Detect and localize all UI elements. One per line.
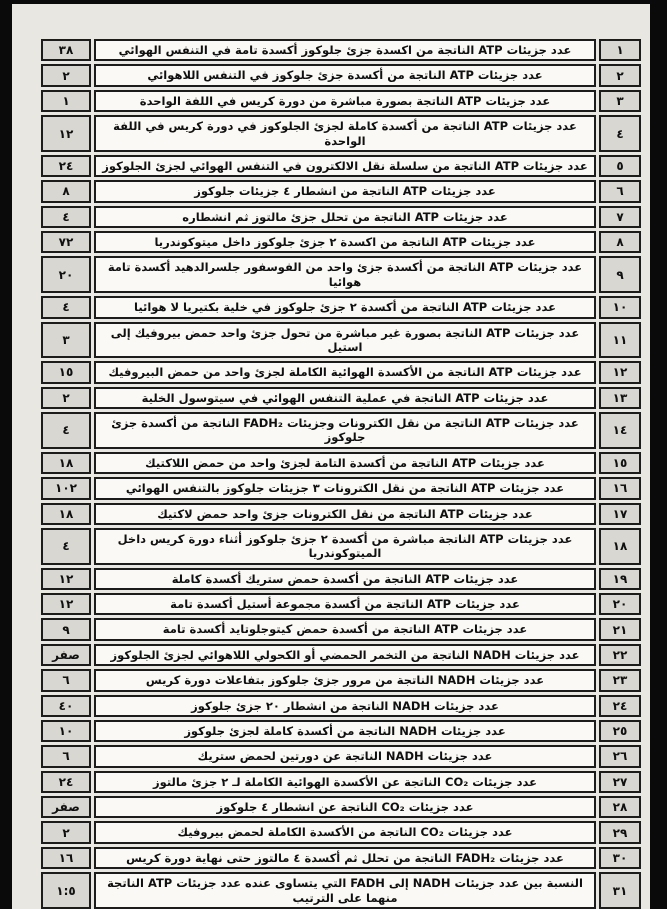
- answer-value: ١٠٢: [41, 477, 91, 499]
- row-number: ٢٠: [599, 593, 641, 615]
- question-text: عدد جزيئات ATP الناتجة من أكسدة التامة ل…: [94, 452, 596, 474]
- answer-value: ٦: [41, 669, 91, 691]
- table-body: ١عدد جزيئات ATP الناتجة من اكسدة جزئ جلو…: [41, 39, 641, 909]
- table-row: ١٠عدد جزيئات ATP الناتجة من أكسدة ٢ جزئ …: [41, 296, 641, 318]
- question-text: عدد جزيئات ATP الناتجة من أكسدة حمض ستري…: [94, 568, 596, 590]
- table-row: ٢عدد جزيئات ATP الناتجة من أكسدة جزئ جلو…: [41, 64, 641, 86]
- photo-dark-edge-top: [0, 0, 667, 4]
- question-text: عدد جزيئات FADH₂ الناتجة من تحلل ثم أكسد…: [94, 847, 596, 869]
- table-row: ٢١عدد جزيئات ATP الناتجة من أكسدة حمض كي…: [41, 618, 641, 640]
- answer-value: ٢٤: [41, 771, 91, 793]
- row-number: ١: [599, 39, 641, 61]
- question-text: عدد جزيئات ATP الناتجة من انشطار ٤ جزيئا…: [94, 180, 596, 202]
- question-text: عدد جزيئات ATP الناتجة من نقل الكترونات …: [94, 503, 596, 525]
- answer-value: صفر: [41, 796, 91, 818]
- table-row: ٢٠عدد جزيئات ATP الناتجة من أكسدة مجموعة…: [41, 593, 641, 615]
- row-number: ٢٦: [599, 745, 641, 767]
- question-text: عدد جزيئات CO₂ الناتجة عن انشطار ٤ جلوكو…: [94, 796, 596, 818]
- answer-value: ٢٠: [41, 256, 91, 293]
- row-number: ١٨: [599, 528, 641, 565]
- answer-value: ٢: [41, 387, 91, 409]
- row-number: ٤: [599, 115, 641, 152]
- row-number: ١٣: [599, 387, 641, 409]
- table-row: ٢٧عدد جزيئات CO₂ الناتجة عن الأكسدة الهو…: [41, 771, 641, 793]
- row-number: ٢: [599, 64, 641, 86]
- document-page: ١عدد جزيئات ATP الناتجة من اكسدة جزئ جلو…: [12, 4, 650, 909]
- table-row: ١١عدد جزيئات ATP الناتجة بصورة غير مباشر…: [41, 322, 641, 359]
- photo-dark-edge-right: [650, 0, 667, 909]
- table-row: ٦عدد جزيئات ATP الناتجة من انشطار ٤ جزيئ…: [41, 180, 641, 202]
- table-row: ٢٣عدد جزيئات NADH الناتجة من مرور جزئ جل…: [41, 669, 641, 691]
- answer-value: ٢٤: [41, 155, 91, 177]
- table-row: ١٦عدد جزيئات ATP الناتجة من نقل الكترونا…: [41, 477, 641, 499]
- table-row: ٣٠عدد جزيئات FADH₂ الناتجة من تحلل ثم أك…: [41, 847, 641, 869]
- table-row: ٩عدد جزيئات ATP الناتجة من أكسدة جزئ واح…: [41, 256, 641, 293]
- table-row: ١٨عدد جزيئات ATP الناتجة مباشرة من أكسدة…: [41, 528, 641, 565]
- question-text: عدد جزيئات ATP الناتجة في عملية التنفس ا…: [94, 387, 596, 409]
- answer-value: ٢: [41, 64, 91, 86]
- answer-value: ٤: [41, 412, 91, 449]
- table-row: ١٩عدد جزيئات ATP الناتجة من أكسدة حمض ست…: [41, 568, 641, 590]
- table-row: ١٤عدد جزيئات ATP الناتجة من نقل الكترونا…: [41, 412, 641, 449]
- question-text: عدد جزيئات ATP الناتجة من أكسدة ٢ جزئ جل…: [94, 296, 596, 318]
- answer-value: ٧٢: [41, 231, 91, 253]
- row-number: ٢٧: [599, 771, 641, 793]
- row-number: ٩: [599, 256, 641, 293]
- answer-value: ٨: [41, 180, 91, 202]
- row-number: ٢٥: [599, 720, 641, 742]
- table-row: ٧عدد جزيئات ATP الناتجة من تحلل جزئ مالت…: [41, 206, 641, 228]
- row-number: ٣١: [599, 872, 641, 909]
- table-row: ١٢عدد جزيئات ATP الناتجة من الأكسدة الهو…: [41, 361, 641, 383]
- answer-value: ١٨: [41, 452, 91, 474]
- question-text: عدد جزيئات NADH الناتجة من مرور جزئ جلوك…: [94, 669, 596, 691]
- table-row: ٢٢عدد جزيئات NADH الناتجة من التخمر الحم…: [41, 644, 641, 666]
- table-row: ٨عدد جزيئات ATP الناتجة من اكسدة ٢ جزئ ج…: [41, 231, 641, 253]
- row-number: ٢٩: [599, 821, 641, 843]
- question-text: عدد جزيئات ATP الناتجة من اكسدة جزئ جلوك…: [94, 39, 596, 61]
- answer-value: ١٨: [41, 503, 91, 525]
- answer-value: ٣: [41, 322, 91, 359]
- row-number: ١٤: [599, 412, 641, 449]
- answer-value: ١٥: [41, 361, 91, 383]
- question-text: عدد جزيئات NADH الناتجة من انشطار ٢٠ جزئ…: [94, 695, 596, 717]
- question-text: عدد جزيئات ATP الناتجة من أكسدة كاملة لج…: [94, 115, 596, 152]
- question-text: عدد جزيئات NADH الناتجة من التخمر الحمضي…: [94, 644, 596, 666]
- question-text: عدد جزيئات ATP الناتجة بصورة غير مباشرة …: [94, 322, 596, 359]
- answer-value: ٤: [41, 296, 91, 318]
- question-text: عدد جزيئات ATP الناتجة بصورة مباشرة من د…: [94, 90, 596, 112]
- question-text: عدد جزيئات NADH الناتجة عن دورتين لحمض س…: [94, 745, 596, 767]
- row-number: ١٥: [599, 452, 641, 474]
- question-text: عدد جزيئات ATP الناتجة مباشرة من أكسدة ٢…: [94, 528, 596, 565]
- table-row: ١٧عدد جزيئات ATP الناتجة من نقل الكترونا…: [41, 503, 641, 525]
- row-number: ٧: [599, 206, 641, 228]
- answer-value: صفر: [41, 644, 91, 666]
- answer-value: ١: [41, 90, 91, 112]
- table-row: ١عدد جزيئات ATP الناتجة من اكسدة جزئ جلو…: [41, 39, 641, 61]
- answer-value: ١٢: [41, 568, 91, 590]
- row-number: ١٢: [599, 361, 641, 383]
- row-number: ١٩: [599, 568, 641, 590]
- question-text: عدد جزيئات ATP الناتجة من أكسدة جزئ جلوك…: [94, 64, 596, 86]
- photo-dark-edge-left: [0, 0, 12, 909]
- question-text: عدد جزيئات ATP الناتجة من نقل الكترونات …: [94, 477, 596, 499]
- table-row: ٢٤عدد جزيئات NADH الناتجة من انشطار ٢٠ ج…: [41, 695, 641, 717]
- question-text: عدد جزيئات ATP الناتجة من تحلل جزئ مالتو…: [94, 206, 596, 228]
- question-text: عدد جزيئات CO₂ الناتجة عن الأكسدة الهوائ…: [94, 771, 596, 793]
- question-text: عدد جزيئات ATP الناتجة من الأكسدة الهوائ…: [94, 361, 596, 383]
- table-row: ٣عدد جزيئات ATP الناتجة بصورة مباشرة من …: [41, 90, 641, 112]
- question-text: عدد جزيئات ATP الناتجة من اكسدة ٢ جزئ جل…: [94, 231, 596, 253]
- row-number: ٢١: [599, 618, 641, 640]
- question-text: عدد جزيئات CO₂ الناتجة من الأكسدة الكامل…: [94, 821, 596, 843]
- row-number: ٢٢: [599, 644, 641, 666]
- row-number: ٥: [599, 155, 641, 177]
- row-number: ٦: [599, 180, 641, 202]
- row-number: ٢٤: [599, 695, 641, 717]
- question-text: عدد جزيئات ATP الناتجة من نقل الكترونات …: [94, 412, 596, 449]
- photo-frame: ١عدد جزيئات ATP الناتجة من اكسدة جزئ جلو…: [0, 0, 667, 909]
- answer-value: ١٠: [41, 720, 91, 742]
- row-number: ١٦: [599, 477, 641, 499]
- answer-value: ٤: [41, 528, 91, 565]
- table-row: ٤عدد جزيئات ATP الناتجة من أكسدة كاملة ل…: [41, 115, 641, 152]
- table-row: ١٥عدد جزيئات ATP الناتجة من أكسدة التامة…: [41, 452, 641, 474]
- answer-value: ٤: [41, 206, 91, 228]
- question-text: النسبة بين عدد جزيئات NADH إلى FADH التي…: [94, 872, 596, 909]
- row-number: ٢٨: [599, 796, 641, 818]
- atp-count-table: ١عدد جزيئات ATP الناتجة من اكسدة جزئ جلو…: [38, 36, 644, 909]
- answer-value: ٤٠: [41, 695, 91, 717]
- table-row: ٢٥عدد جزيئات NADH الناتجة من أكسدة كاملة…: [41, 720, 641, 742]
- question-text: عدد جزيئات ATP الناتجة من أكسدة مجموعة أ…: [94, 593, 596, 615]
- answer-value: ٩: [41, 618, 91, 640]
- row-number: ٨: [599, 231, 641, 253]
- table-row: ٢٨عدد جزيئات CO₂ الناتجة عن انشطار ٤ جلو…: [41, 796, 641, 818]
- table-row: ٣١النسبة بين عدد جزيئات NADH إلى FADH ال…: [41, 872, 641, 909]
- row-number: ١٠: [599, 296, 641, 318]
- row-number: ١٧: [599, 503, 641, 525]
- table-row: ١٣عدد جزيئات ATP الناتجة في عملية التنفس…: [41, 387, 641, 409]
- row-number: ٣: [599, 90, 641, 112]
- table-row: ٢٩عدد جزيئات CO₂ الناتجة من الأكسدة الكا…: [41, 821, 641, 843]
- answer-value: ١٢: [41, 115, 91, 152]
- answer-value: ٦: [41, 745, 91, 767]
- answer-value: ١٢: [41, 593, 91, 615]
- answer-value: ١٦: [41, 847, 91, 869]
- answer-value: ١:٥: [41, 872, 91, 909]
- table-row: ٢٦عدد جزيئات NADH الناتجة عن دورتين لحمض…: [41, 745, 641, 767]
- question-text: عدد جزيئات ATP الناتجة من أكسدة جزئ واحد…: [94, 256, 596, 293]
- row-number: ٢٣: [599, 669, 641, 691]
- question-text: عدد جزيئات NADH الناتجة من أكسدة كاملة ل…: [94, 720, 596, 742]
- answer-value: ٣٨: [41, 39, 91, 61]
- row-number: ١١: [599, 322, 641, 359]
- row-number: ٣٠: [599, 847, 641, 869]
- table-row: ٥عدد جزيئات ATP الناتجة من سلسلة نقل الا…: [41, 155, 641, 177]
- question-text: عدد جزيئات ATP الناتجة من أكسدة حمض كيتو…: [94, 618, 596, 640]
- answer-value: ٢: [41, 821, 91, 843]
- question-text: عدد جزيئات ATP الناتجة من سلسلة نقل الال…: [94, 155, 596, 177]
